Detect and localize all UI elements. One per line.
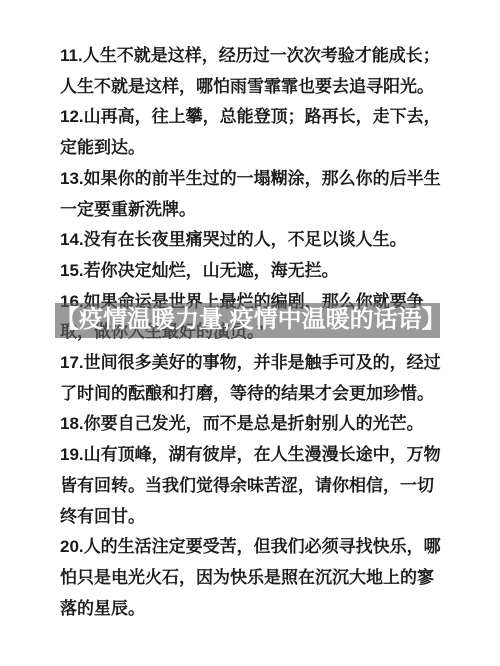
quote-item: 13.如果你的前半生过的一塌糊涂，那么你的后半生一定要重新洗牌。 [60,164,445,225]
quote-item: 14.没有在长夜里痛哭过的人，不足以谈人生。 [60,225,445,256]
quote-item: 15.若你决定灿烂，山无遮，海无拦。 [60,256,445,287]
watermark-overlay: 【疫情温暖力量,疫情中温暖的话语】 [55,303,440,338]
quote-item: 11.人生不就是这样，经历过一次次考验才能成长；人生不就是这样，哪怕雨雪霏霏也要… [60,41,445,102]
article-page: 11.人生不就是这样，经历过一次次考验才能成长；人生不就是这样，哪怕雨雪霏霏也要… [0,0,500,666]
quote-item: 20.人的生活注定要受苦，但我们必须寻找快乐，哪怕只是电光火石，因为快乐是照在沉… [60,532,445,624]
watermark-text: 【疫情温暖力量,疫情中温暖的话语】 [55,306,446,333]
quote-item: 17.世间很多美好的事物，并非是触手可及的，经过了时间的酝酿和打磨，等待的结果才… [60,348,445,409]
quote-item: 19.山有顶峰，湖有彼岸，在人生漫漫长途中，万物皆有回转。当我们觉得余味苦涩，请… [60,440,445,532]
quote-item: 12.山再高，往上攀，总能登顶；路再长，走下去，定能到达。 [60,102,445,163]
quote-item: 18.你要自己发光，而不是总是折射别人的光芒。 [60,409,445,440]
